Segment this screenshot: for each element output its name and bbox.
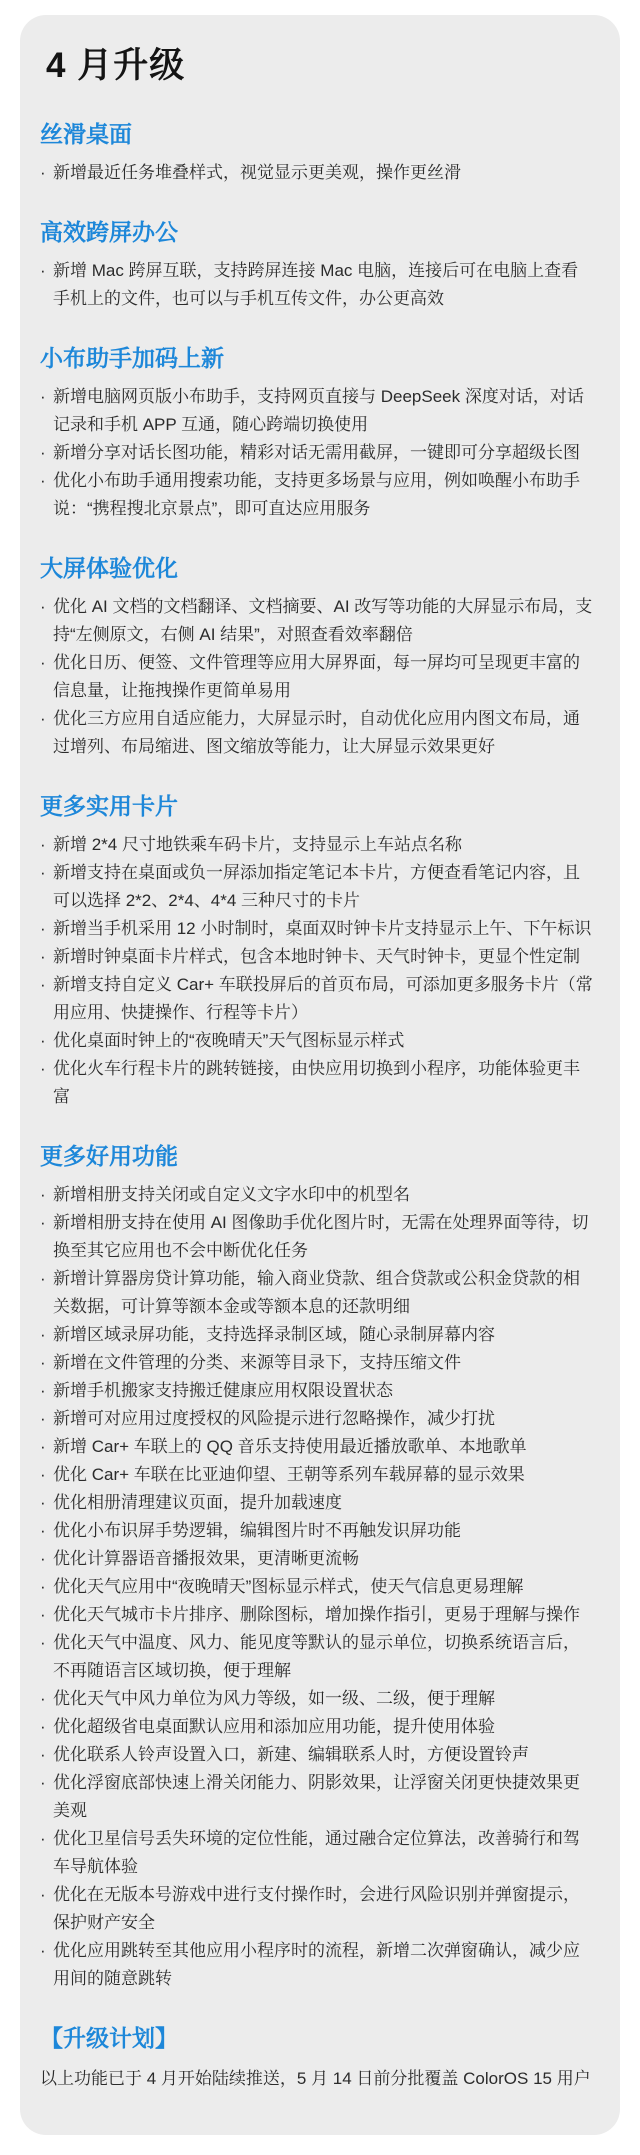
list-item: ·优化桌面时钟上的“夜晚晴天”天气图标显示样式 [40, 1027, 594, 1055]
bullet-dot-icon: · [40, 1573, 53, 1601]
bullet-dot-icon: · [40, 915, 53, 943]
bullet-dot-icon: · [40, 1517, 53, 1545]
bullet-dot-icon: · [40, 1545, 53, 1573]
list-item-text: 新增 Mac 跨屏互联，支持跨屏连接 Mac 电脑，连接后可在电脑上查看手机上的… [53, 257, 594, 313]
list-item-text: 优化卫星信号丢失环境的定位性能，通过融合定位算法，改善骑行和驾车导航体验 [53, 1825, 594, 1881]
list-item-text: 新增 Car+ 车联上的 QQ 音乐支持使用最近播放歌单、本地歌单 [53, 1433, 594, 1461]
list-item: ·优化超级省电桌面默认应用和添加应用功能，提升使用体验 [40, 1713, 594, 1741]
list-item-text: 优化天气中风力单位为风力等级，如一级、二级，便于理解 [53, 1685, 594, 1713]
list-item: ·新增在文件管理的分类、来源等目录下，支持压缩文件 [40, 1349, 594, 1377]
bullet-dot-icon: · [40, 1825, 53, 1853]
section-heading: 丝滑桌面 [40, 119, 594, 149]
bullet-dot-icon: · [40, 1741, 53, 1769]
list-item-text: 新增分享对话长图功能，精彩对话无需用截屏，一键即可分享超级长图 [53, 439, 594, 467]
section: 小布助手加码上新·新增电脑网页版小布助手，支持网页直接与 DeepSeek 深度… [40, 343, 594, 523]
list-item-text: 优化火车行程卡片的跳转链接，由快应用切换到小程序，功能体验更丰富 [53, 1055, 594, 1111]
list-item-text: 优化小布助手通用搜索功能，支持更多场景与应用，例如唤醒小布助手说：“携程搜北京景… [53, 467, 594, 523]
bullet-dot-icon: · [40, 705, 53, 733]
bullet-dot-icon: · [40, 1181, 53, 1209]
bullet-dot-icon: · [40, 1321, 53, 1349]
bullet-dot-icon: · [40, 649, 53, 677]
bullet-dot-icon: · [40, 467, 53, 495]
list-item-text: 新增在文件管理的分类、来源等目录下，支持压缩文件 [53, 1349, 594, 1377]
bullet-dot-icon: · [40, 971, 53, 999]
list-item: ·新增当手机采用 12 小时制时，桌面双时钟卡片支持显示上午、下午标识 [40, 915, 594, 943]
bullet-dot-icon: · [40, 1209, 53, 1237]
section-heading: 小布助手加码上新 [40, 343, 594, 373]
section: 更多实用卡片·新增 2*4 尺寸地铁乘车码卡片，支持显示上车站点名称·新增支持在… [40, 791, 594, 1111]
bullet-dot-icon: · [40, 1685, 53, 1713]
bullet-dot-icon: · [40, 1881, 53, 1909]
list-item-text: 优化超级省电桌面默认应用和添加应用功能，提升使用体验 [53, 1713, 594, 1741]
list-item: ·新增分享对话长图功能，精彩对话无需用截屏，一键即可分享超级长图 [40, 439, 594, 467]
list-item-text: 新增相册支持在使用 AI 图像助手优化图片时，无需在处理界面等待，切换至其它应用… [53, 1209, 594, 1265]
bullet-list: ·优化 AI 文档的文档翻译、文档摘要、AI 改写等功能的大屏显示布局，支持“左… [40, 593, 594, 761]
bullet-dot-icon: · [40, 1405, 53, 1433]
list-item: ·优化在无版本号游戏中进行支付操作时，会进行风险识别并弹窗提示，保护财产安全 [40, 1881, 594, 1937]
bullet-dot-icon: · [40, 1713, 53, 1741]
list-item-text: 新增区域录屏功能，支持选择录制区域，随心录制屏幕内容 [53, 1321, 594, 1349]
list-item: ·新增支持在桌面或负一屏添加指定笔记本卡片，方便查看笔记内容，且可以选择 2*2… [40, 859, 594, 915]
list-item-text: 优化 Car+ 车联在比亚迪仰望、王朝等系列车载屏幕的显示效果 [53, 1461, 594, 1489]
bullet-dot-icon: · [40, 383, 53, 411]
list-item-text: 新增最近任务堆叠样式，视觉显示更美观，操作更丝滑 [53, 159, 594, 187]
sections-container: 丝滑桌面·新增最近任务堆叠样式，视觉显示更美观，操作更丝滑高效跨屏办公·新增 M… [40, 119, 594, 2093]
list-item: ·新增支持自定义 Car+ 车联投屏后的首页布局，可添加更多服务卡片（常用应用、… [40, 971, 594, 1027]
list-item-text: 新增当手机采用 12 小时制时，桌面双时钟卡片支持显示上午、下午标识 [53, 915, 594, 943]
list-item-text: 新增电脑网页版小布助手，支持网页直接与 DeepSeek 深度对话，对话记录和手… [53, 383, 594, 439]
list-item-text: 优化联系人铃声设置入口，新建、编辑联系人时，方便设置铃声 [53, 1741, 594, 1769]
bullet-dot-icon: · [40, 1461, 53, 1489]
list-item: ·新增相册支持在使用 AI 图像助手优化图片时，无需在处理界面等待，切换至其它应… [40, 1209, 594, 1265]
bullet-dot-icon: · [40, 1349, 53, 1377]
list-item-text: 新增手机搬家支持搬迁健康应用权限设置状态 [53, 1377, 594, 1405]
list-item: ·优化浮窗底部快速上滑关闭能力、阴影效果，让浮窗关闭更快捷效果更美观 [40, 1769, 594, 1825]
list-item: ·优化天气应用中“夜晚晴天”图标显示样式，使天气信息更易理解 [40, 1573, 594, 1601]
bullet-dot-icon: · [40, 439, 53, 467]
list-item-text: 优化日历、便签、文件管理等应用大屏界面，每一屏均可呈现更丰富的信息量，让拖拽操作… [53, 649, 594, 705]
list-item: ·新增相册支持关闭或自定义文字水印中的机型名 [40, 1181, 594, 1209]
list-item-text: 新增支持在桌面或负一屏添加指定笔记本卡片，方便查看笔记内容，且可以选择 2*2、… [53, 859, 594, 915]
list-item-text: 新增时钟桌面卡片样式，包含本地时钟卡、天气时钟卡，更显个性定制 [53, 943, 594, 971]
list-item: ·优化小布助手通用搜索功能，支持更多场景与应用，例如唤醒小布助手说：“携程搜北京… [40, 467, 594, 523]
bullet-list: ·新增 Mac 跨屏互联，支持跨屏连接 Mac 电脑，连接后可在电脑上查看手机上… [40, 257, 594, 313]
bullet-list: ·新增电脑网页版小布助手，支持网页直接与 DeepSeek 深度对话，对话记录和… [40, 383, 594, 523]
page-title: 4 月升级 [46, 43, 594, 89]
list-item: ·新增手机搬家支持搬迁健康应用权限设置状态 [40, 1377, 594, 1405]
list-item-text: 新增可对应用过度授权的风险提示进行忽略操作，减少打扰 [53, 1405, 594, 1433]
list-item-text: 优化 AI 文档的文档翻译、文档摘要、AI 改写等功能的大屏显示布局，支持“左侧… [53, 593, 594, 649]
list-item: ·新增可对应用过度授权的风险提示进行忽略操作，减少打扰 [40, 1405, 594, 1433]
list-item: ·优化相册清理建议页面，提升加载速度 [40, 1489, 594, 1517]
list-item: ·新增区域录屏功能，支持选择录制区域，随心录制屏幕内容 [40, 1321, 594, 1349]
bullet-list: ·新增相册支持关闭或自定义文字水印中的机型名·新增相册支持在使用 AI 图像助手… [40, 1181, 594, 1993]
list-item-text: 优化天气应用中“夜晚晴天”图标显示样式，使天气信息更易理解 [53, 1573, 594, 1601]
section: 【升级计划】以上功能已于 4 月开始陆续推送，5 月 14 日前分批覆盖 Col… [40, 2023, 594, 2093]
list-item: ·优化日历、便签、文件管理等应用大屏界面，每一屏均可呈现更丰富的信息量，让拖拽操… [40, 649, 594, 705]
list-item-text: 优化相册清理建议页面，提升加载速度 [53, 1489, 594, 1517]
list-item: ·新增计算器房贷计算功能，输入商业贷款、组合贷款或公积金贷款的相关数据，可计算等… [40, 1265, 594, 1321]
section-heading: 高效跨屏办公 [40, 217, 594, 247]
list-item: ·优化计算器语音播报效果，更清晰更流畅 [40, 1545, 594, 1573]
list-item-text: 新增计算器房贷计算功能，输入商业贷款、组合贷款或公积金贷款的相关数据，可计算等额… [53, 1265, 594, 1321]
list-item: ·新增电脑网页版小布助手，支持网页直接与 DeepSeek 深度对话，对话记录和… [40, 383, 594, 439]
list-item: ·优化天气城市卡片排序、删除图标，增加操作指引，更易于理解与操作 [40, 1601, 594, 1629]
bullet-dot-icon: · [40, 1433, 53, 1461]
bullet-dot-icon: · [40, 943, 53, 971]
list-item-text: 优化天气中温度、风力、能见度等默认的显示单位，切换系统语言后，不再随语言区域切换… [53, 1629, 594, 1685]
bullet-dot-icon: · [40, 257, 53, 285]
list-item-text: 优化三方应用自适应能力，大屏显示时，自动优化应用内图文布局，通过增列、布局缩进、… [53, 705, 594, 761]
list-item: ·优化天气中温度、风力、能见度等默认的显示单位，切换系统语言后，不再随语言区域切… [40, 1629, 594, 1685]
list-item-text: 新增支持自定义 Car+ 车联投屏后的首页布局，可添加更多服务卡片（常用应用、快… [53, 971, 594, 1027]
section-heading: 更多实用卡片 [40, 791, 594, 821]
list-item-text: 优化小布识屏手势逻辑，编辑图片时不再触发识屏功能 [53, 1517, 594, 1545]
list-item-text: 优化天气城市卡片排序、删除图标，增加操作指引，更易于理解与操作 [53, 1601, 594, 1629]
list-item-text: 优化计算器语音播报效果，更清晰更流畅 [53, 1545, 594, 1573]
bullet-dot-icon: · [40, 1265, 53, 1293]
bullet-dot-icon: · [40, 1937, 53, 1965]
section: 高效跨屏办公·新增 Mac 跨屏互联，支持跨屏连接 Mac 电脑，连接后可在电脑… [40, 217, 594, 313]
bullet-list: ·新增最近任务堆叠样式，视觉显示更美观，操作更丝滑 [40, 159, 594, 187]
bullet-dot-icon: · [40, 1055, 53, 1083]
list-item-text: 优化应用跳转至其他应用小程序时的流程，新增二次弹窗确认，减少应用间的随意跳转 [53, 1937, 594, 1993]
bullet-dot-icon: · [40, 593, 53, 621]
bullet-dot-icon: · [40, 859, 53, 887]
list-item-text: 新增相册支持关闭或自定义文字水印中的机型名 [53, 1181, 594, 1209]
list-item: ·优化火车行程卡片的跳转链接，由快应用切换到小程序，功能体验更丰富 [40, 1055, 594, 1111]
bullet-list: ·新增 2*4 尺寸地铁乘车码卡片，支持显示上车站点名称·新增支持在桌面或负一屏… [40, 831, 594, 1111]
update-notes-card: 4 月升级 丝滑桌面·新增最近任务堆叠样式，视觉显示更美观，操作更丝滑高效跨屏办… [20, 15, 620, 2135]
list-item: ·优化小布识屏手势逻辑，编辑图片时不再触发识屏功能 [40, 1517, 594, 1545]
section: 丝滑桌面·新增最近任务堆叠样式，视觉显示更美观，操作更丝滑 [40, 119, 594, 187]
bullet-dot-icon: · [40, 1489, 53, 1517]
list-item: ·优化 Car+ 车联在比亚迪仰望、王朝等系列车载屏幕的显示效果 [40, 1461, 594, 1489]
list-item: ·优化联系人铃声设置入口，新建、编辑联系人时，方便设置铃声 [40, 1741, 594, 1769]
bullet-dot-icon: · [40, 1769, 53, 1797]
list-item: ·新增 Car+ 车联上的 QQ 音乐支持使用最近播放歌单、本地歌单 [40, 1433, 594, 1461]
section-heading: 大屏体验优化 [40, 553, 594, 583]
list-item-text: 优化浮窗底部快速上滑关闭能力、阴影效果，让浮窗关闭更快捷效果更美观 [53, 1769, 594, 1825]
list-item: ·新增最近任务堆叠样式，视觉显示更美观，操作更丝滑 [40, 159, 594, 187]
list-item: ·新增 Mac 跨屏互联，支持跨屏连接 Mac 电脑，连接后可在电脑上查看手机上… [40, 257, 594, 313]
list-item: ·优化应用跳转至其他应用小程序时的流程，新增二次弹窗确认，减少应用间的随意跳转 [40, 1937, 594, 1993]
list-item: ·优化三方应用自适应能力，大屏显示时，自动优化应用内图文布局，通过增列、布局缩进… [40, 705, 594, 761]
section: 大屏体验优化·优化 AI 文档的文档翻译、文档摘要、AI 改写等功能的大屏显示布… [40, 553, 594, 761]
bullet-dot-icon: · [40, 1377, 53, 1405]
section-paragraph: 以上功能已于 4 月开始陆续推送，5 月 14 日前分批覆盖 ColorOS 1… [40, 2065, 594, 2093]
list-item-text: 优化桌面时钟上的“夜晚晴天”天气图标显示样式 [53, 1027, 594, 1055]
list-item: ·优化卫星信号丢失环境的定位性能，通过融合定位算法，改善骑行和驾车导航体验 [40, 1825, 594, 1881]
bullet-dot-icon: · [40, 1629, 53, 1657]
section: 更多好用功能·新增相册支持关闭或自定义文字水印中的机型名·新增相册支持在使用 A… [40, 1141, 594, 1993]
bullet-dot-icon: · [40, 831, 53, 859]
section-heading: 【升级计划】 [40, 2023, 594, 2053]
page-background: 4 月升级 丝滑桌面·新增最近任务堆叠样式，视觉显示更美观，操作更丝滑高效跨屏办… [0, 15, 640, 2135]
list-item-text: 新增 2*4 尺寸地铁乘车码卡片，支持显示上车站点名称 [53, 831, 594, 859]
section-heading: 更多好用功能 [40, 1141, 594, 1171]
list-item: ·新增时钟桌面卡片样式，包含本地时钟卡、天气时钟卡，更显个性定制 [40, 943, 594, 971]
bullet-dot-icon: · [40, 1601, 53, 1629]
list-item: ·优化 AI 文档的文档翻译、文档摘要、AI 改写等功能的大屏显示布局，支持“左… [40, 593, 594, 649]
list-item: ·优化天气中风力单位为风力等级，如一级、二级，便于理解 [40, 1685, 594, 1713]
bullet-dot-icon: · [40, 159, 53, 187]
list-item-text: 优化在无版本号游戏中进行支付操作时，会进行风险识别并弹窗提示，保护财产安全 [53, 1881, 594, 1937]
list-item: ·新增 2*4 尺寸地铁乘车码卡片，支持显示上车站点名称 [40, 831, 594, 859]
bullet-dot-icon: · [40, 1027, 53, 1055]
